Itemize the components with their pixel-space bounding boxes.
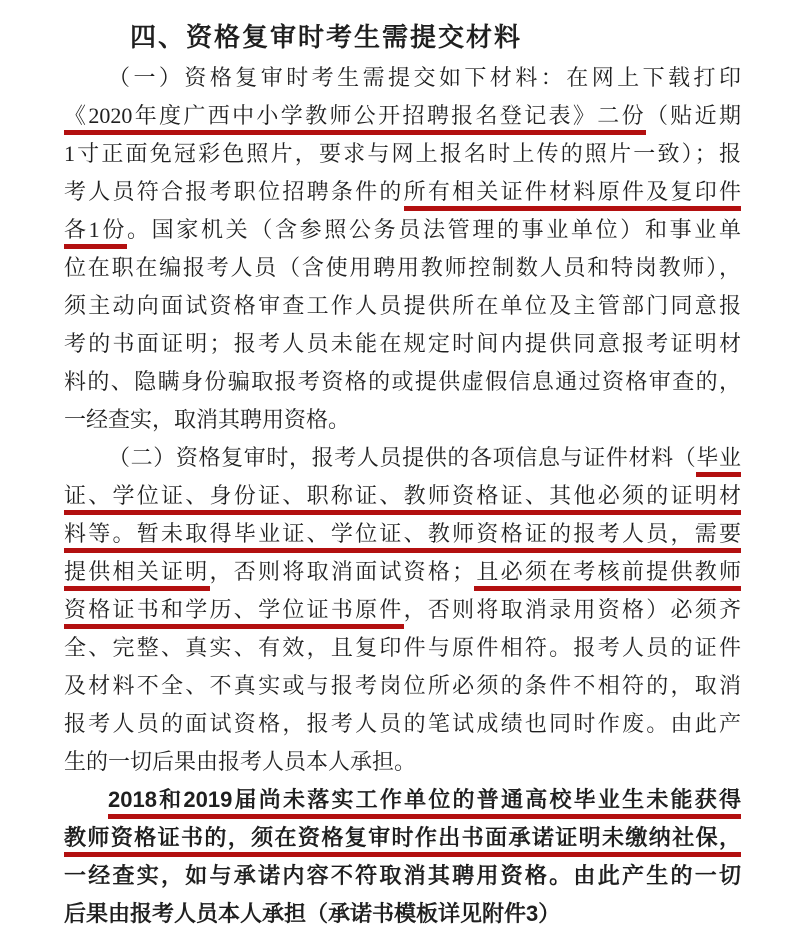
text-line: 须主动向面试资格审查工作人员提供所在单位及主管部门同意报 (64, 287, 741, 325)
underlined-text-segment: 毕业 (696, 445, 741, 477)
text-line: （一）资格复审时考生需提交如下材料：在网上下载打印 (64, 59, 741, 97)
text-line: 生的一切后果由报考人员本人承担。 (64, 743, 741, 781)
text-line: 报考人员的面试资格，报考人员的笔试成绩也同时作废。由此产 (64, 705, 741, 743)
underlined-text-segment: 资格证书和学历、学位证书原件 (64, 597, 404, 629)
text-line: 《2020年度广西中小学教师公开招聘报名登记表》二份（贴近期 (64, 97, 741, 135)
underlined-text-segment: 且必须在考核前提供教师 (474, 559, 741, 591)
text-line: 考人员符合报考职位招聘条件的所有相关证件材料原件及复印件 (64, 173, 741, 211)
text-segment: 考人员符合报考职位招聘条件的 (64, 179, 404, 204)
text-line: 料的、隐瞒身份骗取报考资格的或提供虚假信息通过资格审查的， (64, 363, 741, 401)
text-line: 考的书面证明；报考人员未能在规定时间内提供同意报考证明材 (64, 325, 741, 363)
text-segment: 1寸正面免冠彩色照片，要求与网上报名时上传的照片一致）；报 (64, 141, 741, 166)
text-line: （二）资格复审时，报考人员提供的各项信息与证件材料（毕业 (64, 439, 741, 477)
text-segment: （贴近期 (646, 103, 741, 128)
text-line: 提供相关证明，否则将取消面试资格；且必须在考核前提供教师 (64, 553, 741, 591)
text-line: 一经查实，取消其聘用资格。 (64, 401, 741, 439)
text-segment: ，否则将取消面试资格； (210, 559, 475, 584)
text-segment: ，否则将取消录用资格）必须齐 (404, 597, 741, 622)
text-segment: 一经查实，取消其聘用资格。 (64, 407, 350, 432)
text-segment: 全、完整、真实、有效，且复印件与原件相符。报考人员的证件 (64, 635, 741, 660)
text-segment: （二）资格复审时，报考人员提供的各项信息与证件材料（ (108, 445, 696, 470)
text-line: 后果由报考人员本人承担（承诺书模板详见附件3） (64, 895, 741, 927)
underlined-text-segment: 各1份 (64, 217, 127, 249)
underlined-text-segment: 所有相关证件材料原件及复印件 (404, 179, 741, 211)
underlined-text-segment: 暂未取得毕业证、学位证、教师资格证的报考人员，需要 (137, 521, 741, 553)
document-page: 四、资格复审时考生需提交材料 （一）资格复审时考生需提交如下材料：在网上下载打印… (0, 0, 793, 927)
text-segment: 报考人员的面试资格，报考人员的笔试成绩也同时作废。由此产 (64, 711, 741, 736)
underlined-text-segment: 《2020年度广西中小学教师公开招聘报名登记表》二份 (64, 103, 646, 135)
text-line: 料等。暂未取得毕业证、学位证、教师资格证的报考人员，需要 (64, 515, 741, 553)
text-line: 1寸正面免冠彩色照片，要求与网上报名时上传的照片一致）；报 (64, 135, 741, 173)
text-segment: 。国家机关（含参照公务员法管理的事业单位）和事业单 (127, 217, 741, 242)
text-segment: 位在职在编报考人员（含使用聘用教师控制数人员和特岗教师）， (64, 255, 741, 280)
text-segment: 后果由报考人员本人承担（承诺书模板详见附件3） (64, 901, 560, 926)
underlined-text-segment: 料等。 (64, 521, 137, 553)
underlined-text-segment: 提供相关证明 (64, 559, 210, 591)
text-segment: 一经查实，如与承诺内容不符取消其聘用资格。由此产生的一切 (64, 863, 741, 888)
underlined-text-segment: 教师资格证书的，须在资格复审时作出书面承诺证明未缴纳社保， (64, 825, 741, 857)
text-line: 各1份。国家机关（含参照公务员法管理的事业单位）和事业单 (64, 211, 741, 249)
underlined-text-segment: 证、学位证、身份证、职称证、教师资格证、其他必须的证明材 (64, 483, 741, 515)
section-heading: 四、资格复审时考生需提交材料 (64, 15, 741, 59)
text-line: 资格证书和学历、学位证书原件，否则将取消录用资格）必须齐 (64, 591, 741, 629)
text-line: 及材料不全、不真实或与报考岗位所必须的条件不相符的，取消 (64, 667, 741, 705)
text-segment: （一）资格复审时考生需提交如下材料：在网上下载打印 (108, 65, 741, 90)
text-line: 证、学位证、身份证、职称证、教师资格证、其他必须的证明材 (64, 477, 741, 515)
text-segment: 须主动向面试资格审查工作人员提供所在单位及主管部门同意报 (64, 293, 741, 318)
text-line: 2018和2019届尚未落实工作单位的普通高校毕业生未能获得 (64, 781, 741, 819)
underlined-text-segment: 2018和2019届尚未落实工作单位的普通高校毕业生未能获得 (108, 787, 741, 819)
text-line: 全、完整、真实、有效，且复印件与原件相符。报考人员的证件 (64, 629, 741, 667)
text-segment: 料的、隐瞒身份骗取报考资格的或提供虚假信息通过资格审查的， (64, 369, 741, 394)
text-line: 一经查实，如与承诺内容不符取消其聘用资格。由此产生的一切 (64, 857, 741, 895)
text-line: 位在职在编报考人员（含使用聘用教师控制数人员和特岗教师）， (64, 249, 741, 287)
text-line: 教师资格证书的，须在资格复审时作出书面承诺证明未缴纳社保， (64, 819, 741, 857)
text-segment: 及材料不全、不真实或与报考岗位所必须的条件不相符的，取消 (64, 673, 741, 698)
text-segment: 生的一切后果由报考人员本人承担。 (64, 749, 416, 774)
text-segment: 考的书面证明；报考人员未能在规定时间内提供同意报考证明材 (64, 331, 741, 356)
